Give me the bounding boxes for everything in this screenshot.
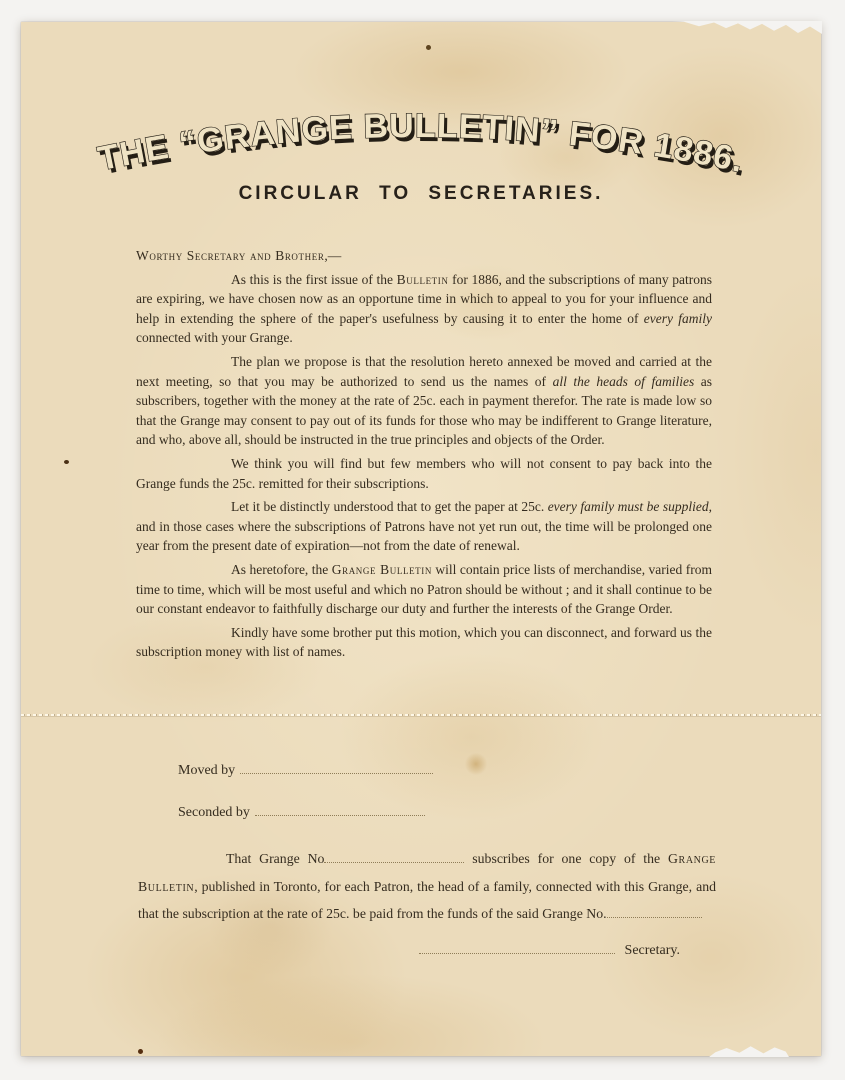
resolution-form: Moved by Seconded by That Grange No subs… <box>138 760 716 959</box>
scan-background: THE “GRANGE BULLETIN” FOR 1886. THE “GRA… <box>0 0 845 1080</box>
document-page: THE “GRANGE BULLETIN” FOR 1886. THE “GRA… <box>21 22 821 1056</box>
moved-by-row: Moved by <box>178 760 716 778</box>
paragraph-1: As this is the first issue of the Bullet… <box>136 270 712 348</box>
salutation: Worthy Secretary and Brother,— <box>136 246 712 266</box>
moved-by-blank <box>240 760 433 774</box>
paragraph-4: Let it be distinctly understood that to … <box>136 497 712 556</box>
ink-speck <box>64 460 69 464</box>
torn-edge-bottom <box>709 1045 789 1057</box>
seconded-by-blank <box>255 802 425 816</box>
paragraph-6: Kindly have some brother put this motion… <box>136 623 712 662</box>
letter-body: Worthy Secretary and Brother,— As this i… <box>136 246 712 666</box>
ink-speck <box>138 1049 143 1054</box>
paragraph-2: The plan we propose is that the resoluti… <box>136 352 712 450</box>
ink-speck <box>426 45 431 50</box>
paragraph-3: We think you will find but few members w… <box>136 454 712 493</box>
resolution-paragraph: That Grange No subscribes for one copy o… <box>138 845 716 928</box>
perforation-line <box>21 714 821 716</box>
moved-by-label: Moved by <box>178 763 235 778</box>
secretary-label: Secretary. <box>625 943 680 959</box>
secretary-row: Secretary. <box>138 940 716 959</box>
paragraph-5: As heretofore, the Grange Bulletin will … <box>136 560 712 619</box>
document-subtitle: CIRCULAR TO SECRETARIES. <box>21 183 821 205</box>
seconded-by-label: Seconded by <box>178 805 250 820</box>
seconded-by-row: Seconded by <box>178 802 716 820</box>
document-title: THE “GRANGE BULLETIN” FOR 1886. <box>95 107 748 180</box>
secretary-signature-blank <box>419 940 615 954</box>
